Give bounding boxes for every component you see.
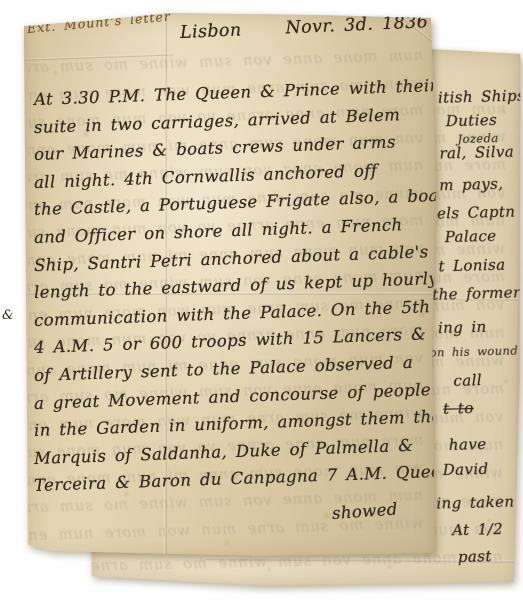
- ghost-bleedthrough-line: winne mo sum arne mun won more num enne …: [28, 295, 423, 323]
- back-page-text-fragment: Jozeda: [457, 131, 498, 146]
- fox-spot: [486, 518, 492, 524]
- back-page-text-fragment: have: [449, 435, 487, 454]
- fox-spot: [266, 566, 273, 573]
- photographed-letter: num mone anne von sum winne mo sum arne …: [0, 0, 523, 600]
- back-page-text-fragment: itish Ships,: [438, 86, 523, 106]
- back-page-text-fragment: ing taken: [436, 492, 514, 512]
- fox-spot: [82, 130, 90, 138]
- letter-line: Terceira & Baron du Canpagna 7 A.M. Quee…: [34, 462, 438, 496]
- back-page-text-fragment: past: [458, 547, 492, 566]
- fox-spot: [502, 378, 509, 385]
- dateline-gap: [242, 33, 286, 35]
- letter-line: our Marines & boats crews under arms: [34, 133, 396, 165]
- fold-crease: [24, 53, 174, 60]
- ghost-bleedthrough-line: winne mo sum arne mun won more num enne …: [28, 75, 423, 103]
- back-page-text-fragment: the former: [432, 283, 521, 303]
- letter-body: At 3.30 P.M. The Queen & Prince with the…: [34, 90, 436, 540]
- fox-spot: [322, 510, 332, 520]
- letter-line: Ship, Santri Petri anchored about a cabl…: [34, 242, 429, 275]
- ghost-bleedthrough-line: von mun mone sum anne mi num mone anne v…: [28, 350, 423, 378]
- ghost-bleedthrough-line: num mone anne von sum winne mo sum arne …: [28, 158, 423, 186]
- fox-spot: [410, 462, 421, 473]
- ghost-bleedthrough-line: more num enne arnne vo von mun mone sum …: [28, 433, 423, 461]
- ghost-bleedthrough-line: more num enne arnne vo von mun mone sum …: [28, 323, 423, 351]
- letter-line: communication with the Palace. On the 5t…: [34, 296, 438, 330]
- dateline-date: Novr. 3d. 1836: [285, 12, 429, 38]
- back-page-text-fragment: ing in: [438, 318, 487, 337]
- fox-spot: [82, 260, 87, 265]
- letter-line: and Officer on shore all night. a French: [34, 215, 403, 247]
- letter-line: in the Garden in uniform, amongst them t…: [34, 407, 438, 440]
- ghost-bleedthrough-line: more num enne arnne vo von mun mone sum …: [28, 103, 423, 131]
- ghost-bleedthrough-line: winne mo sum arne mun won more num enne …: [28, 515, 423, 543]
- fox-spot: [332, 100, 337, 105]
- back-page-text-fragment: Palace: [444, 227, 496, 246]
- fox-spot: [500, 108, 506, 114]
- back-page-text-fragment: on his wound: [430, 343, 519, 359]
- back-page-text-fragment: m pays,: [439, 175, 504, 195]
- fox-spot: [418, 310, 427, 319]
- letter-line: showed: [331, 499, 398, 523]
- fox-spot: [370, 250, 376, 256]
- back-page-text-fragment: t Lonisa: [438, 256, 506, 276]
- ghost-bleedthrough-line: num mone anne von sum winne mo sum arne …: [28, 378, 423, 406]
- ghost-bleedthrough-line: num mone anne von sum winne mo sum arne …: [28, 48, 423, 76]
- letter-line: all night. 4th Cornwallis anchored off: [34, 161, 378, 192]
- fox-spot: [222, 538, 231, 547]
- dog-ear-crease: [398, 14, 435, 44]
- letter-line: a great Movement and concourse of people: [34, 380, 432, 413]
- back-page-text-fragment: call: [453, 371, 482, 390]
- fox-spot: [172, 360, 179, 367]
- fold-crease: [22, 292, 438, 295]
- dateline-place: Lisbon: [180, 20, 242, 43]
- back-page-text-fragment: ral, Silva: [439, 143, 514, 163]
- back-page-text-fragment: els Captn: [437, 202, 516, 222]
- letter-line: of Artillery sent to the Palace observed…: [34, 353, 414, 385]
- dateline: LisbonNovr. 3d. 1836: [180, 12, 429, 43]
- letter-line: At 3.30 P.M. The Queen & Prince with the…: [34, 76, 438, 109]
- letter-line: Marquis of Saldanha, Duke of Palmella &: [34, 436, 414, 468]
- ghost-bleedthrough-line: winne mo sum arne mun won more num enne …: [28, 185, 423, 213]
- ghost-bleedthrough-line: num mone anne von sum winne mo sum arne …: [28, 268, 423, 296]
- docket-annotation: Ext. Mount's letter: [26, 10, 171, 36]
- letter-front-page: num mone anne von sum winne mo sum arne …: [22, 10, 438, 560]
- ghost-bleedthrough-line: von mun mone sum anne mi num mone anne v…: [28, 240, 423, 268]
- letter-line: length to the eastward of us kept up hou…: [34, 269, 438, 302]
- back-page-text-fragment: David: [442, 460, 488, 479]
- ghost-bleedthrough-line: more num enne arnne vo von mun mone sum …: [28, 213, 423, 241]
- front-page-wrap: num mone anne von sum winne mo sum arne …: [22, 10, 438, 560]
- back-page-text-fragment: At 1/2: [452, 520, 503, 539]
- letter-line: 4 A.M. 5 or 600 troops with 15 Lancers &…: [34, 322, 438, 358]
- back-page-text-fragment: Duties: [445, 111, 497, 130]
- back-page-text-fragment: t to: [443, 399, 474, 418]
- margin-ink-mark: &: [2, 308, 14, 323]
- letter-line: the Castle, a Portuguese Frigate also, a…: [34, 186, 438, 219]
- fold-crease: [164, 10, 167, 560]
- fox-spot: [122, 490, 130, 498]
- ghost-bleedthrough-line: von mun mone sum anne mi num mone anne v…: [28, 460, 423, 488]
- letter-line: suite in two carriages, arrived at Belem: [34, 105, 401, 137]
- fox-spot: [386, 563, 394, 571]
- ghost-bleedthrough-line: winne mo sum arne mun won more num enne …: [28, 405, 423, 433]
- fox-spot: [52, 70, 58, 76]
- ghost-bleedthrough-line: von mun mone sum anne mi num mone anne v…: [28, 130, 423, 158]
- fox-spot: [272, 190, 278, 196]
- ghost-bleedthrough-line: num mone anne von sum winne mo sum arne …: [28, 488, 423, 516]
